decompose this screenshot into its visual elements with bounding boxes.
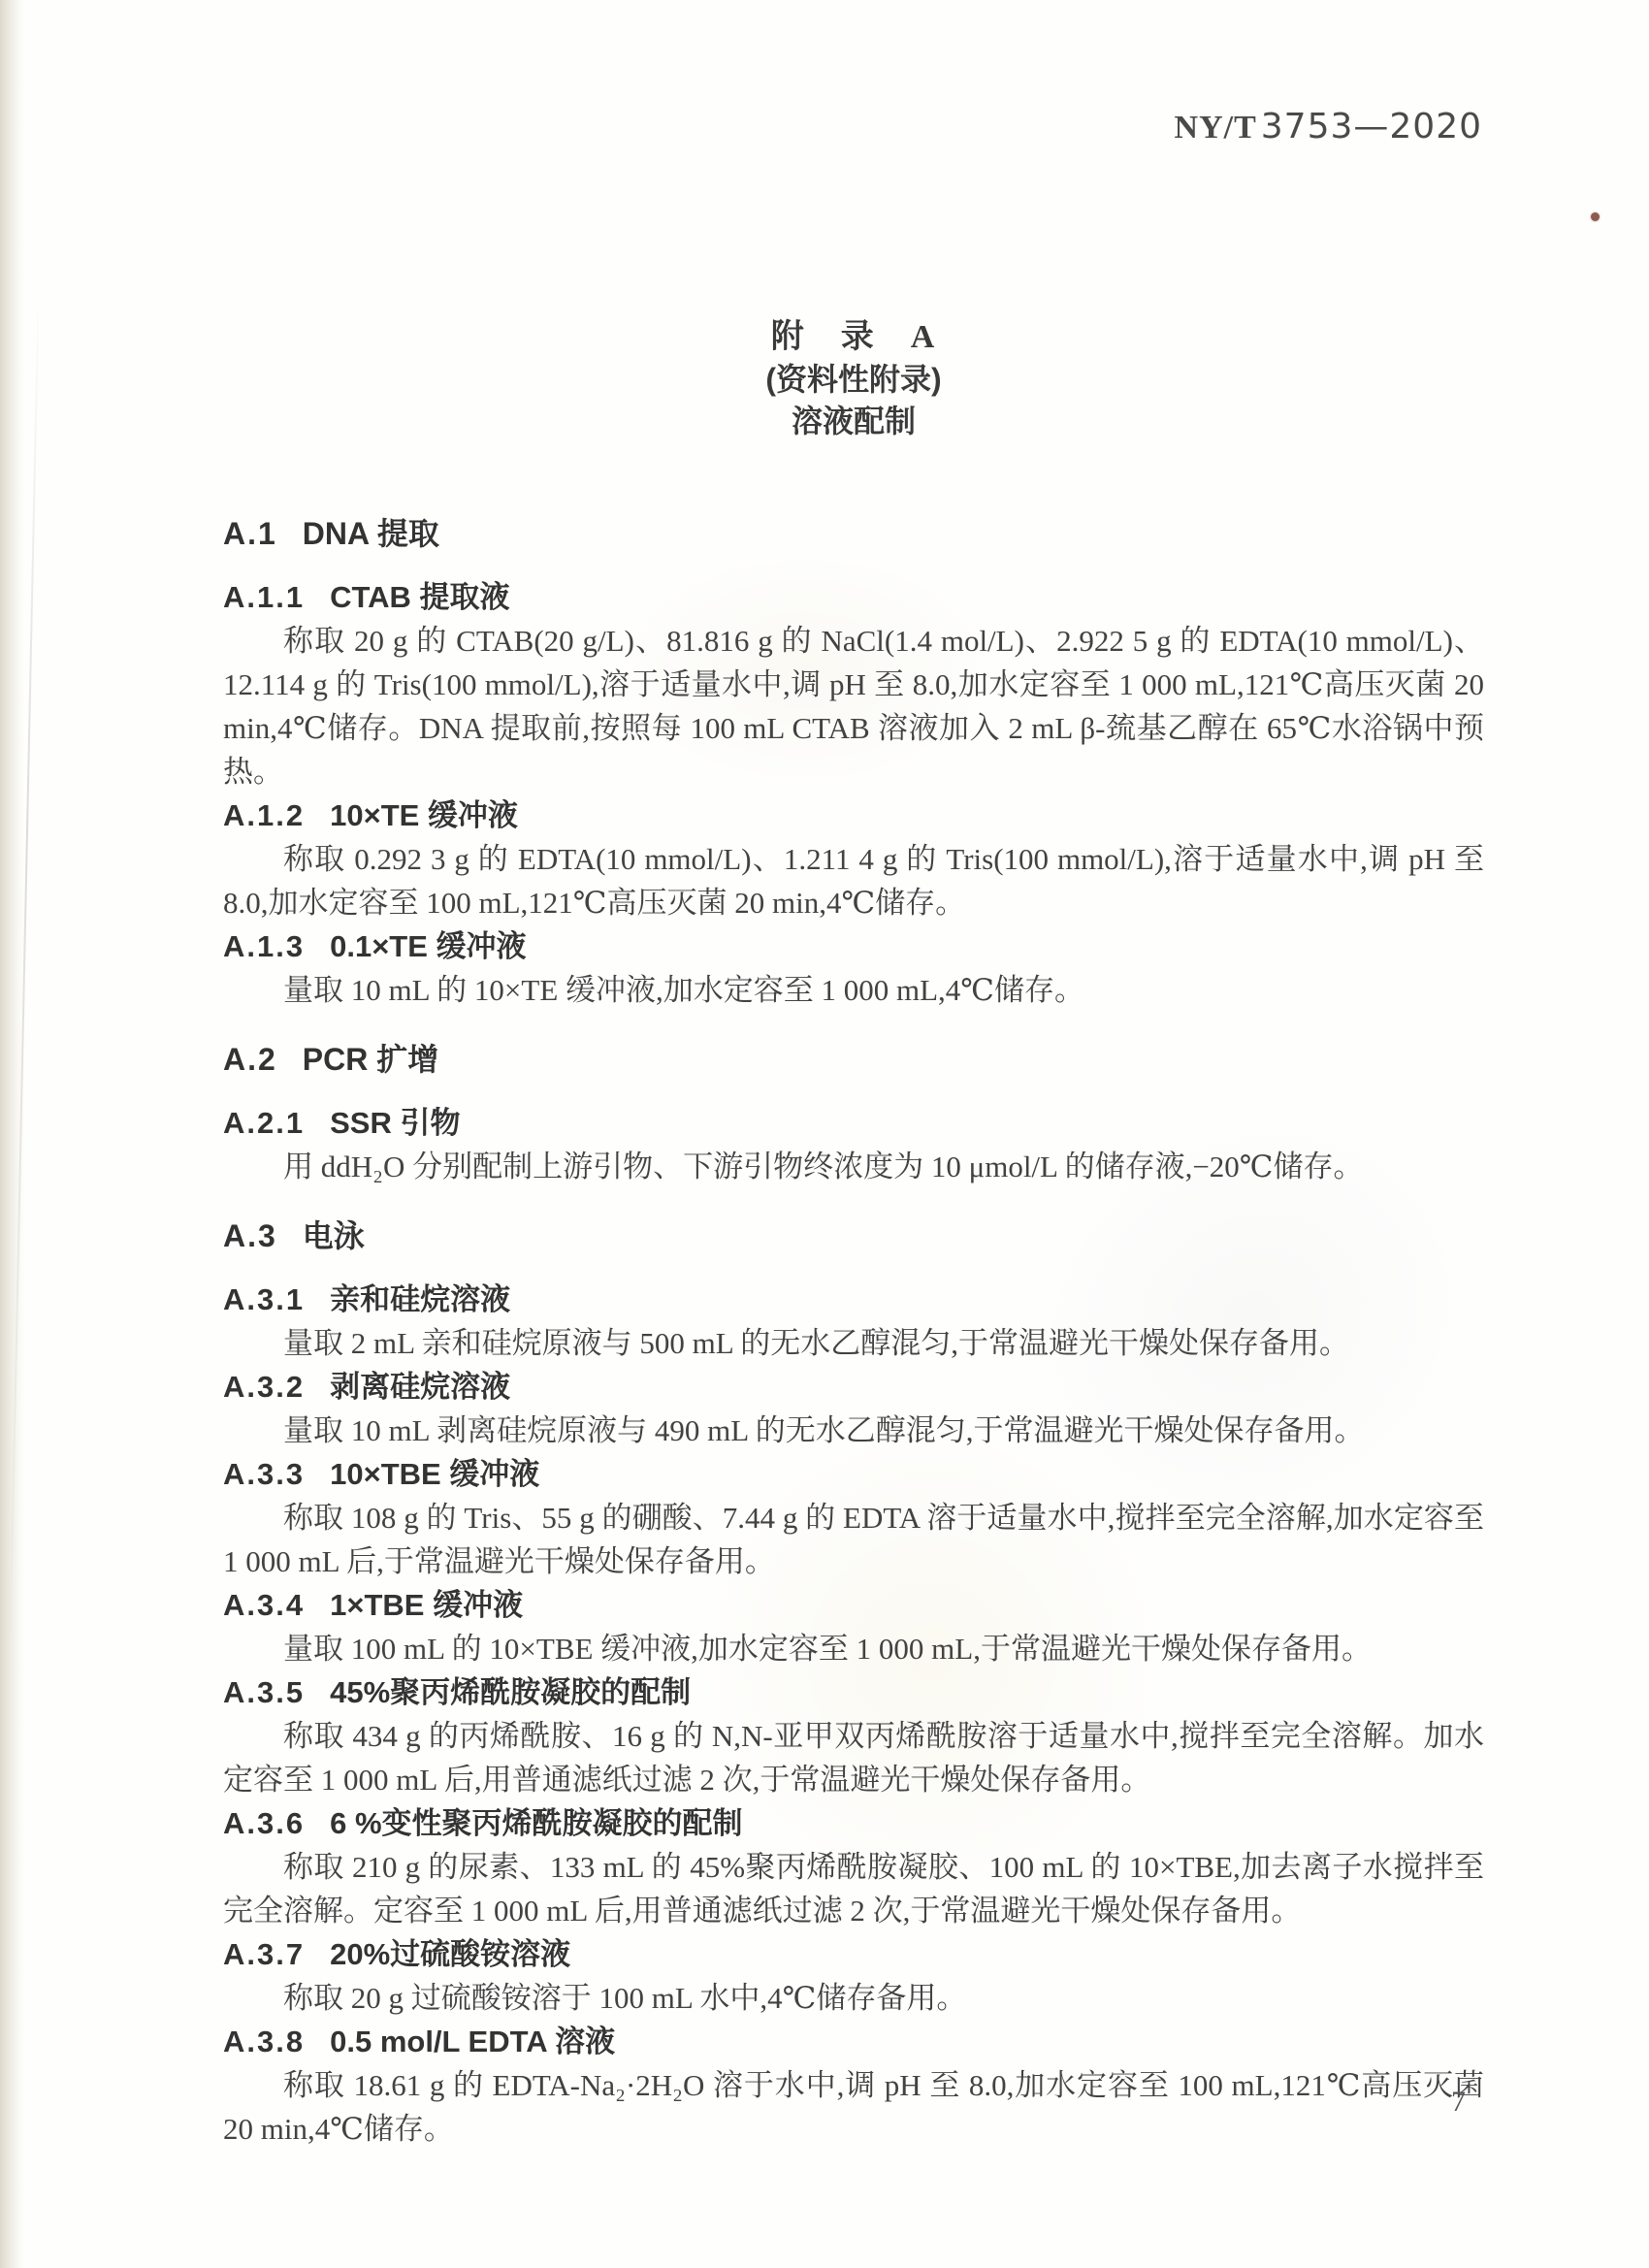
clause-title: 10×TE 缓冲液 [330,798,518,832]
section-heading-a1-3: A.1.30.1×TE 缓冲液 [223,924,1484,968]
clause-paragraph: 称取 18.61 g 的 EDTA-Na₂·2H₂O 溶于水中,调 pH 至 8… [223,2063,1484,2151]
standard-code-prefix: NY/T [1175,110,1257,146]
clause-title: 剥离硅烷溶液 [330,1370,510,1404]
section-heading-a3-7: A.3.720%过硫酸铵溶液 [223,1932,1484,1976]
clause-title: 0.5 mol/L EDTA 溶液 [330,2025,615,2058]
section-heading-a3-8: A.3.80.5 mol/L EDTA 溶液 [223,2020,1484,2063]
section-heading-a1-1: A.1.1CTAB 提取液 [223,575,1484,619]
clause-paragraph: 称取 210 g 的尿素、133 mL 的 45%聚丙烯酰胺凝胶、100 mL … [223,1845,1484,1932]
clause-paragraph: 称取 108 g 的 Tris、55 g 的硼酸、7.44 g 的 EDTA 溶… [223,1496,1484,1583]
scanned-document-page: NY/T 3753—2020 附 录 A (资料性附录) 溶液配制 A.1DNA… [0,0,1649,2268]
clause-paragraph: 量取 10 mL 剥离硅烷原液与 490 mL 的无水乙醇混匀,于常温避光干燥处… [223,1409,1484,1452]
clause-paragraph: 量取 10 mL 的 10×TE 缓冲液,加水定容至 1 000 mL,4℃储存… [223,968,1484,1012]
clause-number: A.3.3 [223,1452,305,1496]
section-heading-a1: A.1DNA 提取 [223,512,1484,556]
clause-title: SSR 引物 [330,1106,460,1140]
clause-number: A.3.5 [223,1670,305,1714]
clause-number: A.1.2 [223,794,305,837]
clause-title: DNA 提取 [303,516,439,551]
clause-paragraph: 称取 0.292 3 g 的 EDTA(10 mmol/L)、1.211 4 g… [223,837,1484,924]
section-heading-a3-4: A.3.41×TBE 缓冲液 [223,1583,1484,1627]
clause-number: A.1.1 [223,575,305,619]
section-heading-a1-2: A.1.210×TE 缓冲液 [223,794,1484,837]
standard-code: NY/T 3753—2020 [1175,107,1482,146]
section-heading-a3-6: A.3.66 %变性聚丙烯酰胺凝胶的配制 [223,1801,1484,1845]
section-heading-a3-3: A.3.310×TBE 缓冲液 [223,1452,1484,1496]
page-number: 7 [1451,2086,1466,2119]
clause-title: 10×TBE 缓冲液 [330,1457,539,1491]
clause-title: 电泳 [303,1218,365,1253]
clause-title: 6 %变性聚丙烯酰胺凝胶的配制 [330,1806,742,1840]
clause-number: A.3.2 [223,1365,305,1409]
clause-number: A.1.3 [223,924,305,968]
section-heading-a2: A.2PCR 扩增 [223,1038,1484,1082]
clause-number: A.2.1 [223,1101,305,1145]
clause-number: A.3.8 [223,2020,305,2063]
clause-paragraph: 量取 2 mL 亲和硅烷原液与 500 mL 的无水乙醇混匀,于常温避光干燥处保… [223,1321,1484,1365]
clause-title: 45%聚丙烯酰胺凝胶的配制 [330,1675,691,1709]
section-heading-a3-1: A.3.1亲和硅烷溶液 [223,1278,1484,1321]
clause-paragraph: 用 ddH₂O 分别配制上游引物、下游引物终浓度为 10 μmol/L 的储存液… [223,1145,1484,1188]
clause-number: A.3 [223,1215,277,1258]
section-heading-a2-1: A.2.1SSR 引物 [223,1101,1484,1145]
clause-number: A.2 [223,1038,277,1082]
clause-paragraph: 称取 20 g 过硫酸铵溶于 100 mL 水中,4℃储存备用。 [223,1976,1484,2020]
red-ink-dot [1591,212,1600,221]
clause-number: A.3.7 [223,1932,305,1976]
clause-title: 1×TBE 缓冲液 [330,1588,523,1622]
appendix-title: 附 录 A [223,316,1484,359]
appendix-name: 溶液配制 [223,401,1484,442]
clause-title: 20%过硫酸铵溶液 [330,1937,570,1971]
section-heading-a3: A.3电泳 [223,1215,1484,1258]
clause-paragraph: 称取 20 g 的 CTAB(20 g/L)、81.816 g 的 NaCl(1… [223,619,1484,794]
clause-number: A.3.4 [223,1583,305,1627]
clause-number: A.3.6 [223,1801,305,1845]
clause-number: A.3.1 [223,1278,305,1321]
clause-title: 0.1×TE 缓冲液 [330,929,526,963]
section-heading-a3-2: A.3.2剥离硅烷溶液 [223,1365,1484,1409]
document-body: A.1DNA 提取 A.1.1CTAB 提取液 称取 20 g 的 CTAB(2… [223,512,1484,2151]
standard-code-number: 3753—2020 [1261,107,1482,146]
clause-number: A.1 [223,512,277,556]
clause-paragraph: 量取 100 mL 的 10×TBE 缓冲液,加水定容至 1 000 mL,于常… [223,1627,1484,1670]
appendix-title-block: 附 录 A (资料性附录) 溶液配制 [223,316,1484,442]
appendix-subtitle: (资料性附录) [223,359,1484,401]
clause-title: 亲和硅烷溶液 [330,1282,510,1316]
clause-title: CTAB 提取液 [330,580,509,614]
clause-title: PCR 扩增 [303,1042,438,1077]
clause-paragraph: 称取 434 g 的丙烯酰胺、16 g 的 N,N-亚甲双丙烯酰胺溶于适量水中,… [223,1714,1484,1801]
section-heading-a3-5: A.3.545%聚丙烯酰胺凝胶的配制 [223,1670,1484,1714]
